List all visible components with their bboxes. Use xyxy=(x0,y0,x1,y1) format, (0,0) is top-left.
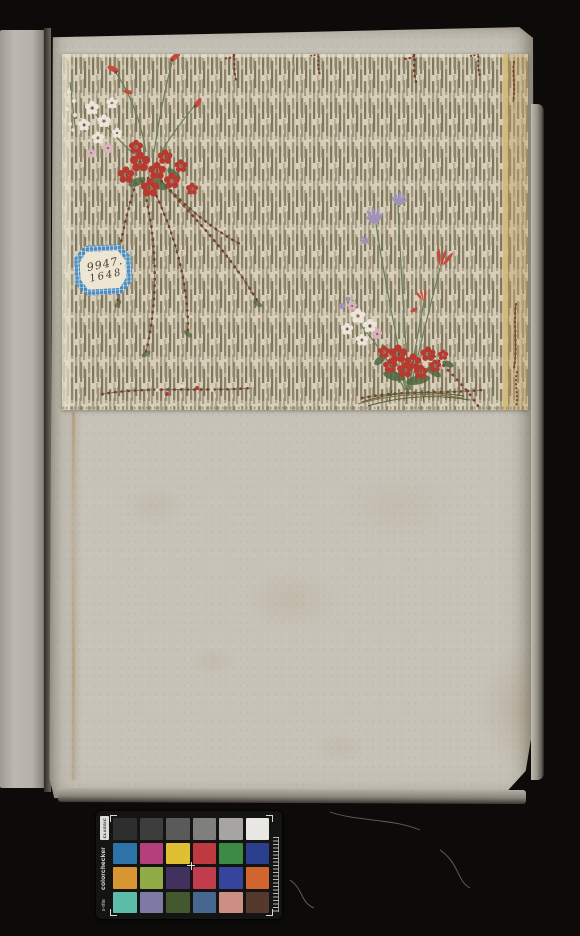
colorchecker-patch xyxy=(113,843,137,865)
colorchecker-card: CLASSIC colorchecker x-rite xyxy=(96,811,282,919)
colorchecker-patch xyxy=(193,867,217,889)
registration-bracket-icon xyxy=(266,909,273,916)
colorchecker-patch xyxy=(219,892,243,914)
center-cross-icon xyxy=(191,862,192,870)
colorchecker-product-label: colorchecker xyxy=(100,847,107,890)
colorchecker-patch xyxy=(140,867,164,889)
colorchecker-patch xyxy=(219,867,243,889)
colorchecker-patch xyxy=(140,818,164,840)
colorchecker-patch xyxy=(246,843,270,865)
colorchecker-patch xyxy=(140,892,164,914)
colorchecker-patch xyxy=(166,867,190,889)
fore-edge-pages xyxy=(531,104,544,780)
colorchecker-patch xyxy=(166,843,190,865)
right-selvage xyxy=(503,54,528,410)
colorchecker-classic-badge: CLASSIC xyxy=(100,816,109,840)
facing-page-edge xyxy=(0,30,46,788)
colorchecker-patch xyxy=(246,867,270,889)
colorchecker-patch xyxy=(193,892,217,914)
inventory-label: 9947. 1648 xyxy=(73,244,134,297)
colorchecker-patch xyxy=(193,818,217,840)
xrite-logo: x-rite xyxy=(101,899,107,911)
colorchecker-patch xyxy=(193,843,217,865)
colorchecker-patch xyxy=(166,818,190,840)
colorchecker-patch xyxy=(166,892,190,914)
loose-threads xyxy=(270,760,570,910)
registration-bracket-icon xyxy=(110,909,117,916)
colorchecker-side-strip: CLASSIC colorchecker x-rite xyxy=(96,811,113,919)
colorchecker-patch xyxy=(140,843,164,865)
colorchecker-product-area: colorchecker xyxy=(100,842,107,894)
colorchecker-patch xyxy=(219,843,243,865)
streak-background xyxy=(62,54,528,410)
album-page: 9947. 1648 xyxy=(48,24,534,802)
registration-bracket-icon xyxy=(266,815,273,822)
colorchecker-patch xyxy=(219,818,243,840)
inventory-label-paper: 9947. 1648 xyxy=(79,250,127,290)
colorchecker-patch xyxy=(113,867,137,889)
page-crease-stain xyxy=(72,412,75,780)
ruler-ticks xyxy=(273,837,279,912)
registration-bracket-icon xyxy=(110,815,117,822)
textile-swatch xyxy=(62,54,528,410)
colorchecker-edition-label: CLASSIC xyxy=(102,818,107,838)
colorchecker-brand-area: x-rite xyxy=(101,895,107,915)
textile-swatch-art xyxy=(62,54,528,410)
